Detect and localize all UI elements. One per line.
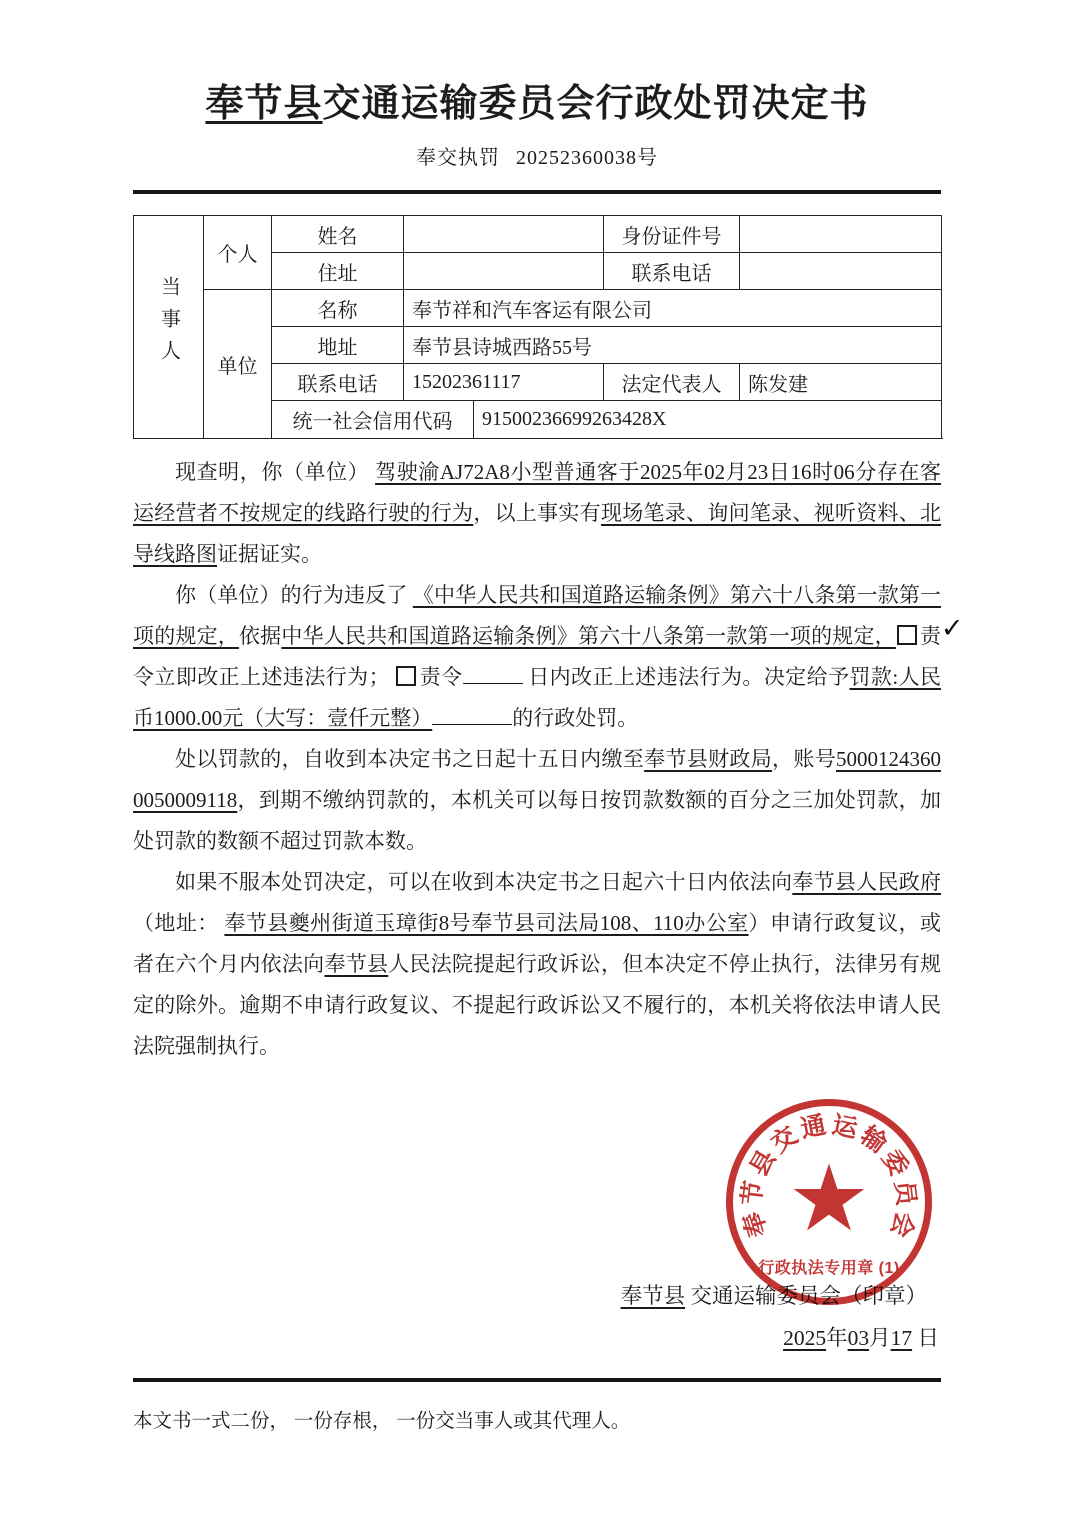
date-day-unit: 日 [912, 1326, 939, 1350]
legal-rep-value-cell: 陈发建 [740, 364, 942, 401]
seal-arc-character: 会 [886, 1209, 917, 1240]
party-header-label: 当事人 [159, 276, 179, 372]
seal-arc-character: 员 [891, 1180, 919, 1208]
date-year-unit: 年 [826, 1326, 848, 1350]
name-label-cell: 姓名 [272, 216, 404, 253]
text-segment: ，到期不缴纳罚款的，本机关可以每日按罚款数额的百分之三加处罚款，加处罚款的数额不… [133, 788, 941, 853]
official-seal: ★ 行政执法专用章 (1) 奉节县交通运输委员会 [726, 1099, 932, 1305]
text-segment: ，以上事实有 [473, 501, 601, 525]
text-segment: 现查明，你（单位） [175, 460, 375, 484]
document-number: 奉交执罚 20252360038号 [133, 141, 941, 170]
title-rest: 交通运输委员会行政处罚决定书 [323, 83, 869, 125]
decision-body-text: 现查明，你（单位） 驾驶渝AJ72A8小型普通客于2025年02月23日16时0… [133, 452, 941, 1067]
text-segment: 如果不服本处罚决定，可以在收到本决定书之日起六十日内依法向 [175, 870, 792, 894]
unit-group-cell: 单位 [204, 290, 272, 439]
text-segment: 责令 [419, 665, 462, 689]
footer-divider [133, 1378, 941, 1382]
table-row: 当事人 个人 姓名 身份证件号 [134, 216, 942, 253]
blank-underline [463, 682, 523, 684]
table-row: 单位 名称 奉节祥和汽车客运有限公司 [134, 290, 942, 327]
credit-code-value: 91500236699263428X [474, 401, 941, 438]
body-paragraph: 你（单位）的行为违反了 《中华人民共和国道路运输条例》第六十八条第一款第一项的规… [133, 575, 941, 739]
header-divider [133, 190, 941, 194]
party-info-table: 当事人 个人 姓名 身份证件号 住址 联系电话 单位 名称 奉节祥和汽车客运有限… [133, 215, 942, 439]
text-segment: 日内改正上述违法行为。决定给予 [523, 665, 850, 689]
date-year: 2025 [783, 1326, 826, 1350]
unit-address-label-cell: 地址 [272, 327, 404, 364]
id-value-cell [740, 216, 942, 253]
phone-label-cell: 联系电话 [604, 253, 740, 290]
underlined-text-segment: 奉节县夔州街道玉璋街8号奉节县司法局108、110办公室 [224, 911, 748, 935]
legal-rep-label-cell: 法定代表人 [604, 364, 740, 401]
date-month: 03 [848, 1326, 870, 1350]
underlined-text-segment: 奉节县财政局 [644, 747, 772, 771]
text-segment: ，账号 [772, 747, 836, 771]
text-segment: 的行政处罚。 [512, 706, 638, 730]
credit-code-row: 统一社会信用代码 91500236699263428X [272, 401, 942, 439]
underlined-text-segment: 奉节县人民政府 [792, 870, 941, 894]
seal-arc-character: 节 [740, 1180, 768, 1208]
seal-arc-character: 奉 [741, 1209, 772, 1240]
signature-area: ★ 行政执法专用章 (1) 奉节县交通运输委员会 奉节县 交通运输委员会（印章）… [133, 1067, 941, 1365]
address-label-cell: 住址 [272, 253, 404, 290]
signature-place: 奉节县 [621, 1284, 686, 1308]
footer-note: 本文书一式二份， 一份存根， 一份交当事人或其代理人。 [133, 1405, 630, 1433]
unit-phone-value-cell: 15202361117 [404, 364, 604, 401]
date-month-unit: 月 [869, 1326, 891, 1350]
seal-arc-character: 县 [746, 1147, 780, 1181]
phone-value-cell [740, 253, 942, 290]
underlined-text-segment: 中华人民共和国道路运输条例》第六十八条第一款第一项的规定， [281, 624, 895, 648]
body-paragraph: 如果不服本处罚决定，可以在收到本决定书之日起六十日内依法向奉节县人民政府（地址：… [133, 862, 941, 1067]
seal-arc-character: 委 [877, 1147, 911, 1181]
address-value-cell [404, 253, 604, 290]
credit-code-flex: 统一社会信用代码 91500236699263428X [272, 401, 941, 438]
unit-name-label-cell: 名称 [272, 290, 404, 327]
text-segment: 依据 [239, 624, 281, 648]
penalty-decision-document: 奉节县交通运输委员会行政处罚决定书 奉交执罚 20252360038号 当事人 … [0, 0, 1074, 1520]
seal-bottom-text: 行政执法专用章 (1) [733, 1255, 925, 1278]
date-day: 17 [891, 1326, 913, 1350]
text-segment: 证据证实。 [217, 542, 322, 566]
title-agency-name: 奉节县 [205, 83, 322, 125]
seal-star-icon: ★ [788, 1154, 870, 1246]
checkmark-icon: ✓ [899, 615, 964, 642]
underlined-text-segment: 奉节县 [324, 952, 388, 976]
body-paragraph: 现查明，你（单位） 驾驶渝AJ72A8小型普通客于2025年02月23日16时0… [133, 452, 941, 575]
party-header-cell: 当事人 [134, 216, 204, 439]
seal-arc-character: 运 [830, 1113, 860, 1143]
credit-code-label: 统一社会信用代码 [272, 401, 474, 438]
date-line: 2025年03月17 日 [783, 1321, 939, 1352]
checkbox-checked[interactable]: ✓ [897, 625, 917, 645]
name-value-cell [404, 216, 604, 253]
person-group-cell: 个人 [204, 216, 272, 290]
checkbox-empty[interactable] [396, 666, 416, 686]
seal-arc-character: 通 [799, 1113, 829, 1143]
unit-name-value-cell: 奉节祥和汽车客运有限公司 [404, 290, 942, 327]
document-title: 奉节县交通运输委员会行政处罚决定书 [133, 0, 941, 129]
text-segment: 处以罚款的，自收到本决定书之日起十五日内缴至 [175, 747, 644, 771]
unit-address-value-cell: 奉节县诗城西路55号 [404, 327, 942, 364]
id-label-cell: 身份证件号 [604, 216, 740, 253]
blank-underline [432, 723, 512, 725]
text-segment: （地址： [133, 911, 224, 935]
unit-phone-label-cell: 联系电话 [272, 364, 404, 401]
body-paragraph: 处以罚款的，自收到本决定书之日起十五日内缴至奉节县财政局，账号500012436… [133, 739, 941, 862]
text-segment: 你（单位）的行为违反了 [175, 583, 413, 607]
